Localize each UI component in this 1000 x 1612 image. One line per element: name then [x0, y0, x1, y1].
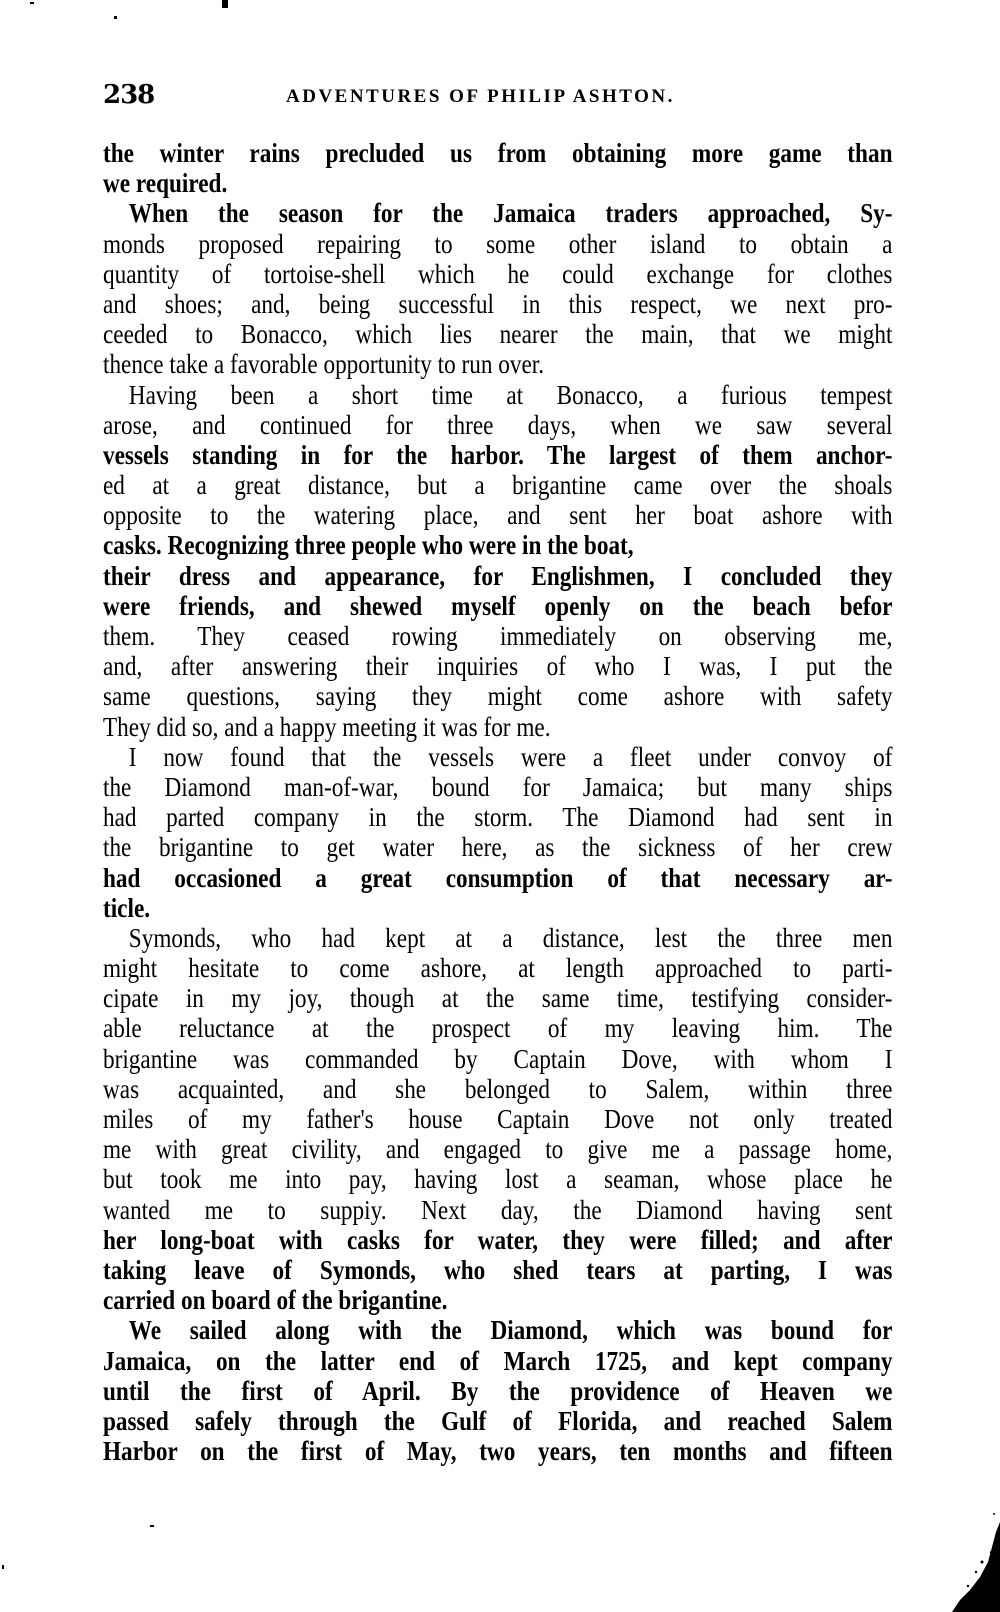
page-number: 238 — [103, 78, 154, 112]
text-line: their dress and appearance, for Englishm… — [103, 561, 892, 591]
text-line: monds proposed repairing to some other i… — [103, 229, 892, 259]
book-page: 238 ADVENTURES OF PHILIP ASHTON. the win… — [0, 0, 1000, 1612]
text-line: we required. — [103, 168, 892, 198]
text-line: I now found that the vessels were a flee… — [103, 742, 892, 772]
text-line: was acquainted, and she belonged to Sale… — [103, 1074, 892, 1104]
text-line: but took me into pay, having lost a seam… — [103, 1164, 892, 1194]
text-line: might hesitate to come ashore, at length… — [103, 953, 892, 983]
text-line: When the season for the Jamaica traders … — [103, 198, 892, 228]
text-line: passed safely through the Gulf of Florid… — [103, 1406, 892, 1436]
scan-shadow-corner — [930, 1502, 1000, 1612]
text-line: They did so, and a happy meeting it was … — [103, 712, 892, 742]
scan-speck — [114, 16, 117, 19]
text-line: were friends, and shewed myself openly o… — [103, 591, 892, 621]
text-line: opposite to the watering place, and sent… — [103, 500, 892, 530]
text-line: thence take a favorable opportunity to r… — [103, 349, 892, 379]
running-head: 238 ADVENTURES OF PHILIP ASHTON. — [103, 78, 893, 112]
text-line: Symonds, who had kept at a distance, les… — [103, 923, 892, 953]
text-line: cipate in my joy, though at the same tim… — [103, 983, 892, 1013]
text-line: casks. Recognizing three people who were… — [103, 530, 892, 560]
text-line: and, after answering their inquiries of … — [103, 651, 892, 681]
running-title: ADVENTURES OF PHILIP ASHTON. — [286, 82, 675, 112]
scan-speck — [222, 0, 228, 8]
text-line: them. They ceased rowing immediately on … — [103, 621, 892, 651]
text-line: her long-boat with casks for water, they… — [103, 1225, 892, 1255]
text-line: same questions, saying they might come a… — [103, 681, 892, 711]
text-line: quantity of tortoise-shell which he coul… — [103, 259, 892, 289]
text-line: had parted company in the storm. The Dia… — [103, 802, 892, 832]
text-line: able reluctance at the prospect of my le… — [103, 1013, 892, 1043]
text-line: the Diamond man-of-war, bound for Jamaic… — [103, 772, 892, 802]
scan-speck — [150, 1525, 154, 1527]
text-line: wanted me to suppiy. Next day, the Diamo… — [103, 1195, 892, 1225]
text-line: vessels standing in for the harbor. The … — [103, 440, 892, 470]
text-line: ed at a great distance, but a brigantine… — [103, 470, 892, 500]
text-line: had occasioned a great consumption of th… — [103, 863, 892, 893]
text-line: taking leave of Symonds, who shed tears … — [103, 1255, 892, 1285]
scan-speck — [30, 2, 34, 4]
text-line: ceeded to Bonacco, which lies nearer the… — [103, 319, 892, 349]
text-line: until the first of April. By the provide… — [103, 1376, 892, 1406]
scan-speck — [2, 1565, 4, 1569]
text-line: and shoes; and, being successful in this… — [103, 289, 892, 319]
text-line: We sailed along with the Diamond, which … — [103, 1315, 892, 1345]
text-line: the winter rains precluded us from obtai… — [103, 138, 892, 168]
text-line: me with great civility, and engaged to g… — [103, 1134, 892, 1164]
text-line: Harbor on the first of May, two years, t… — [103, 1436, 892, 1466]
text-line: miles of my father's house Captain Dove … — [103, 1104, 892, 1134]
text-line: brigantine was commanded by Captain Dove… — [103, 1044, 892, 1074]
body-text: the winter rains precluded us from obtai… — [103, 138, 893, 1466]
text-line: ticle. — [103, 893, 892, 923]
text-line: carried on board of the brigantine. — [103, 1285, 892, 1315]
text-line: the brigantine to get water here, as the… — [103, 832, 892, 862]
text-line: arose, and continued for three days, whe… — [103, 410, 892, 440]
text-line: Having been a short time at Bonacco, a f… — [103, 380, 892, 410]
text-line: Jamaica, on the latter end of March 1725… — [103, 1346, 892, 1376]
